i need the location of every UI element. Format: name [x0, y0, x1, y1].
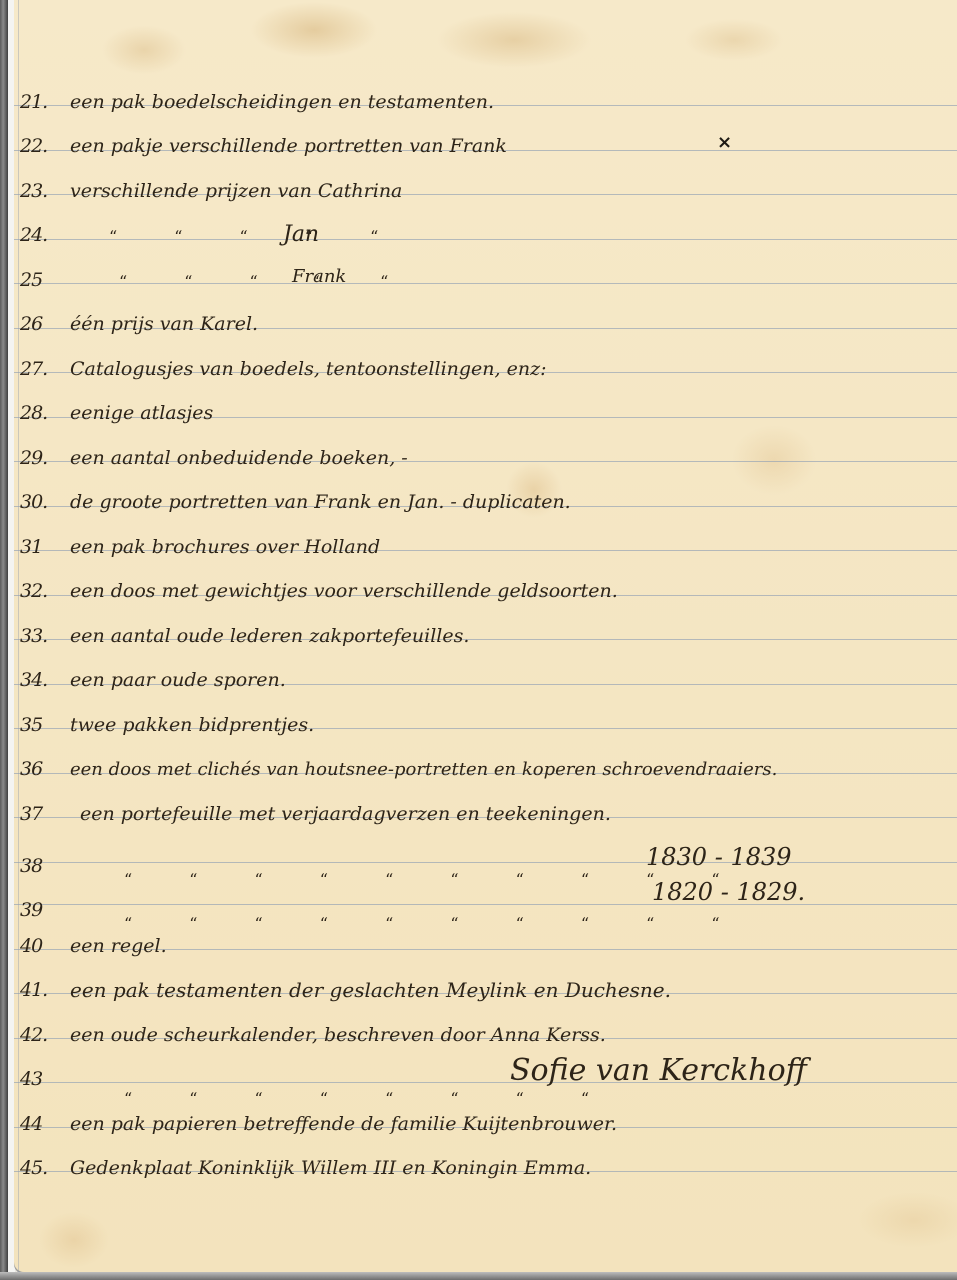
item-text: twee pakken bidprentjes.	[70, 716, 314, 735]
item-text: Catalogusjes van boedels, tentoonstellin…	[70, 360, 547, 379]
item-text: een paar oude sporen.	[70, 671, 286, 690]
item-number: 28.	[20, 404, 47, 423]
list-item: 37 een portefeuille met verjaardagverzen…	[14, 784, 944, 828]
item-number: 21.	[20, 93, 47, 112]
item-text: een doos met clichés van houtsnee-portre…	[70, 761, 777, 779]
ditto-marks: “ “ “ “ “	[119, 274, 414, 290]
list-item: 44 een pak papieren betreffende de famil…	[14, 1094, 944, 1138]
list-item: 31 een pak brochures over Holland	[14, 517, 944, 561]
item-number: 35	[20, 716, 42, 735]
list-item: 24. “ “ “ “ “	[14, 205, 944, 249]
item-number: 42.	[20, 1026, 47, 1045]
item-text: de groote portretten van Frank en Jan. -…	[70, 493, 571, 512]
aside-name-frank: Frank	[292, 268, 346, 286]
list-item: 41. een pak testamenten der geslachten M…	[14, 960, 944, 1004]
item-text: eenige atlasjes	[70, 404, 213, 423]
list-item: 33. een aantal oude lederen zakportefeui…	[14, 606, 944, 650]
list-item: 28. eenige atlasjes	[14, 383, 944, 427]
item-number: 38	[20, 857, 42, 876]
item-number: 31	[20, 538, 42, 557]
item-number: 29.	[20, 449, 47, 468]
item-number: 43	[20, 1070, 42, 1089]
list-item: 30. de groote portretten van Frank en Ja…	[14, 472, 944, 516]
item-text: verschillende prijzen van Cathrina	[70, 182, 402, 201]
list-item: 38 “ “ “ “ “ “ “ “ “ “	[14, 836, 944, 880]
list-item: 32. een doos met gewichtjes voor verschi…	[14, 561, 944, 605]
item-number: 30.	[20, 493, 47, 512]
list-item: 29. een aantal onbeduidende boeken, -	[14, 428, 944, 472]
list-item: 23. verschillende prijzen van Cathrina	[14, 161, 944, 205]
item-number: 33.	[20, 627, 47, 646]
item-number: 23.	[20, 182, 47, 201]
item-number: 25	[20, 271, 42, 290]
item-number: 27.	[20, 360, 47, 379]
item-number: 40	[20, 937, 42, 956]
item-text: een pak brochures over Holland	[70, 538, 380, 557]
item-number: 44	[20, 1115, 42, 1134]
list-item: 26 één prijs van Karel.	[14, 294, 944, 338]
list-item: 40 een regel.	[14, 916, 944, 960]
list-item: 35 twee pakken bidprentjes.	[14, 695, 944, 739]
item-text: een regel.	[70, 937, 167, 956]
scan-bottom-edge	[0, 1272, 957, 1280]
item-number: 34.	[20, 671, 47, 690]
item-text: een portefeuille met verjaardagverzen en…	[80, 805, 611, 824]
item-text: een pak boedelscheidingen en testamenten…	[70, 93, 494, 112]
item-number: 32.	[20, 582, 47, 601]
item-text: een pak papieren betreffende de familie …	[70, 1115, 617, 1134]
list-item: 36 een doos met clichés van houtsnee-por…	[14, 739, 944, 783]
item-number: 37	[20, 805, 42, 824]
list-item: 34. een paar oude sporen.	[14, 650, 944, 694]
book-binding-edge	[0, 0, 8, 1280]
item-text: een aantal onbeduidende boeken, -	[70, 449, 408, 468]
list-item: 45. Gedenkplaat Koninklijk Willem III en…	[14, 1138, 944, 1182]
aside-year-range: 1830 - 1839	[646, 845, 792, 869]
list-item: 25 “ “ “ “ “	[14, 250, 944, 294]
item-number: 24.	[20, 226, 47, 245]
ditto-marks: “ “ “ “ “	[109, 229, 404, 245]
list-item: 42. een oude scheurkalender, beschreven …	[14, 1005, 944, 1049]
item-text: Gedenkplaat Koninklijk Willem III en Kon…	[70, 1159, 591, 1178]
aside-name-jan: Jan	[283, 224, 319, 246]
list-item: 27. Catalogusjes van boedels, tentoonste…	[14, 339, 944, 383]
item-number: 45.	[20, 1159, 47, 1178]
item-text: een oude scheurkalender, beschreven door…	[70, 1026, 606, 1045]
list-item: 21. een pak boedelscheidingen en testame…	[14, 72, 944, 116]
item-number: 41.	[20, 981, 47, 1000]
item-text: een doos met gewichtjes voor verschillen…	[70, 582, 618, 601]
item-number: 26	[20, 315, 42, 334]
item-text: een pakje verschillende portretten van F…	[70, 137, 507, 156]
aside-year-range: 1820 - 1829.	[652, 880, 805, 904]
item-text: één prijs van Karel.	[70, 315, 258, 334]
item-number: 22.	[20, 137, 47, 156]
aside-signature-name: Sofie van Kerckhoff	[510, 1056, 807, 1086]
list-item: 22. een pakje verschillende portretten v…	[14, 116, 944, 160]
item-text: een aantal oude lederen zakportefeuilles…	[70, 627, 469, 646]
item-text: een pak testamenten der geslachten Meyli…	[70, 980, 671, 1000]
item-number: 36	[20, 760, 42, 779]
